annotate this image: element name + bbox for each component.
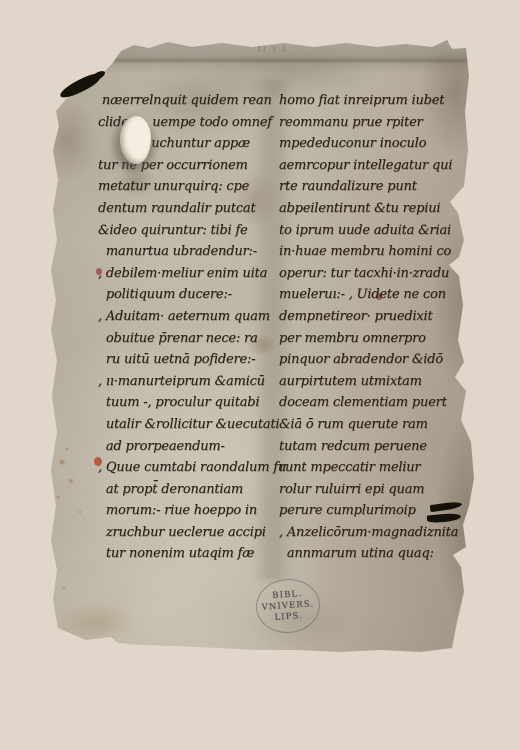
manuscript-line: ru uitū uetnā pofidere:- (98, 349, 286, 371)
manuscript-line: tuum -, proculur quitabi (98, 392, 286, 414)
manuscript-line: abpeilentirunt &tu repiui (279, 198, 458, 220)
manuscript-line: operur: tur tacxhi·in·zradu (279, 263, 458, 285)
manuscript-line: dentum raundalir putcat (98, 198, 286, 220)
faded-top-mark: ıı ı ı (258, 44, 287, 54)
manuscript-line: tur nonenim utaqim fæ (98, 543, 286, 565)
manuscript-line: at propt̄ deronantiam (98, 479, 286, 501)
manuscript-line: pinquor abradendor &idō (279, 349, 458, 371)
manuscript-line: manurtua ubradendur:- (98, 241, 286, 263)
manuscript-line: , Quue cumtabi raondalum fu (98, 457, 286, 479)
manuscript-line: reommanu prue rpiter (279, 112, 458, 134)
parchment-leaf: ıı ı ı næerrelnquit quidem rean clide ue… (0, 0, 520, 750)
manuscript-line: rolur ruluirri epi quam (279, 479, 458, 501)
manuscript-line: mueleruı:- , Uidete ne con (279, 284, 458, 306)
manuscript-line: aemrcopur intellegatur qui (279, 155, 458, 177)
text-column-right: homo fiat inreiprum iubet reommanu prue … (279, 90, 458, 565)
manuscript-line: doceam clementiam puert (279, 392, 458, 414)
manuscript-line: dempnetireor· pruedixit (279, 306, 458, 328)
manuscript-line: &ideo quiruntur: tibi fe (98, 220, 286, 242)
manuscript-line: politiquum ducere:- (98, 284, 286, 306)
manuscript-line: &iā ō rum querute ram (279, 414, 458, 436)
manuscript-line: in·huae membru homini co (279, 241, 458, 263)
manuscript-line: runt mpeccatir meliur (279, 457, 458, 479)
manuscript-line: to iprum uude aduita &riai (279, 220, 458, 242)
manuscript-line: annmarum utina quaq: (279, 543, 458, 565)
manuscript-line: aurpirtutem utmixtam (279, 371, 458, 393)
stamp-text: LIPS. (274, 610, 303, 623)
parchment-hole (120, 116, 151, 164)
manuscript-line: , debilem·meliur enim uita (98, 263, 286, 285)
manuscript-line: tutam redcum peruene (279, 436, 458, 458)
manuscript-photo: ıı ı ı næerrelnquit quidem rean clide ue… (0, 0, 520, 750)
manuscript-line: rte raundalizure punt (279, 176, 458, 198)
manuscript-line: homo fiat inreiprum iubet (279, 90, 458, 112)
manuscript-line: morum:- riue hoeppo in (98, 500, 286, 522)
manuscript-line: obuitue p̄renar nece: ra (98, 328, 286, 350)
manuscript-line: utalir &rollicitur &uecutati (98, 414, 286, 436)
manuscript-line: metatur unurquirq: cpe (98, 176, 286, 198)
manuscript-line: , ıı·manurteiprum &amicū (98, 371, 286, 393)
manuscript-line: , Anzelicōrum·magnadiznita (279, 522, 458, 544)
manuscript-line: per membru omnerpro (279, 328, 458, 350)
manuscript-line: mpededuconur inoculo (279, 133, 458, 155)
manuscript-line: zruchbur ueclerue accipi (98, 522, 286, 544)
manuscript-line: , Aduitam· aeternum quam (98, 306, 286, 328)
manuscript-line: næerrelnquit quidem rean (98, 90, 286, 112)
manuscript-line: ad prorpeaendum- (98, 436, 286, 458)
